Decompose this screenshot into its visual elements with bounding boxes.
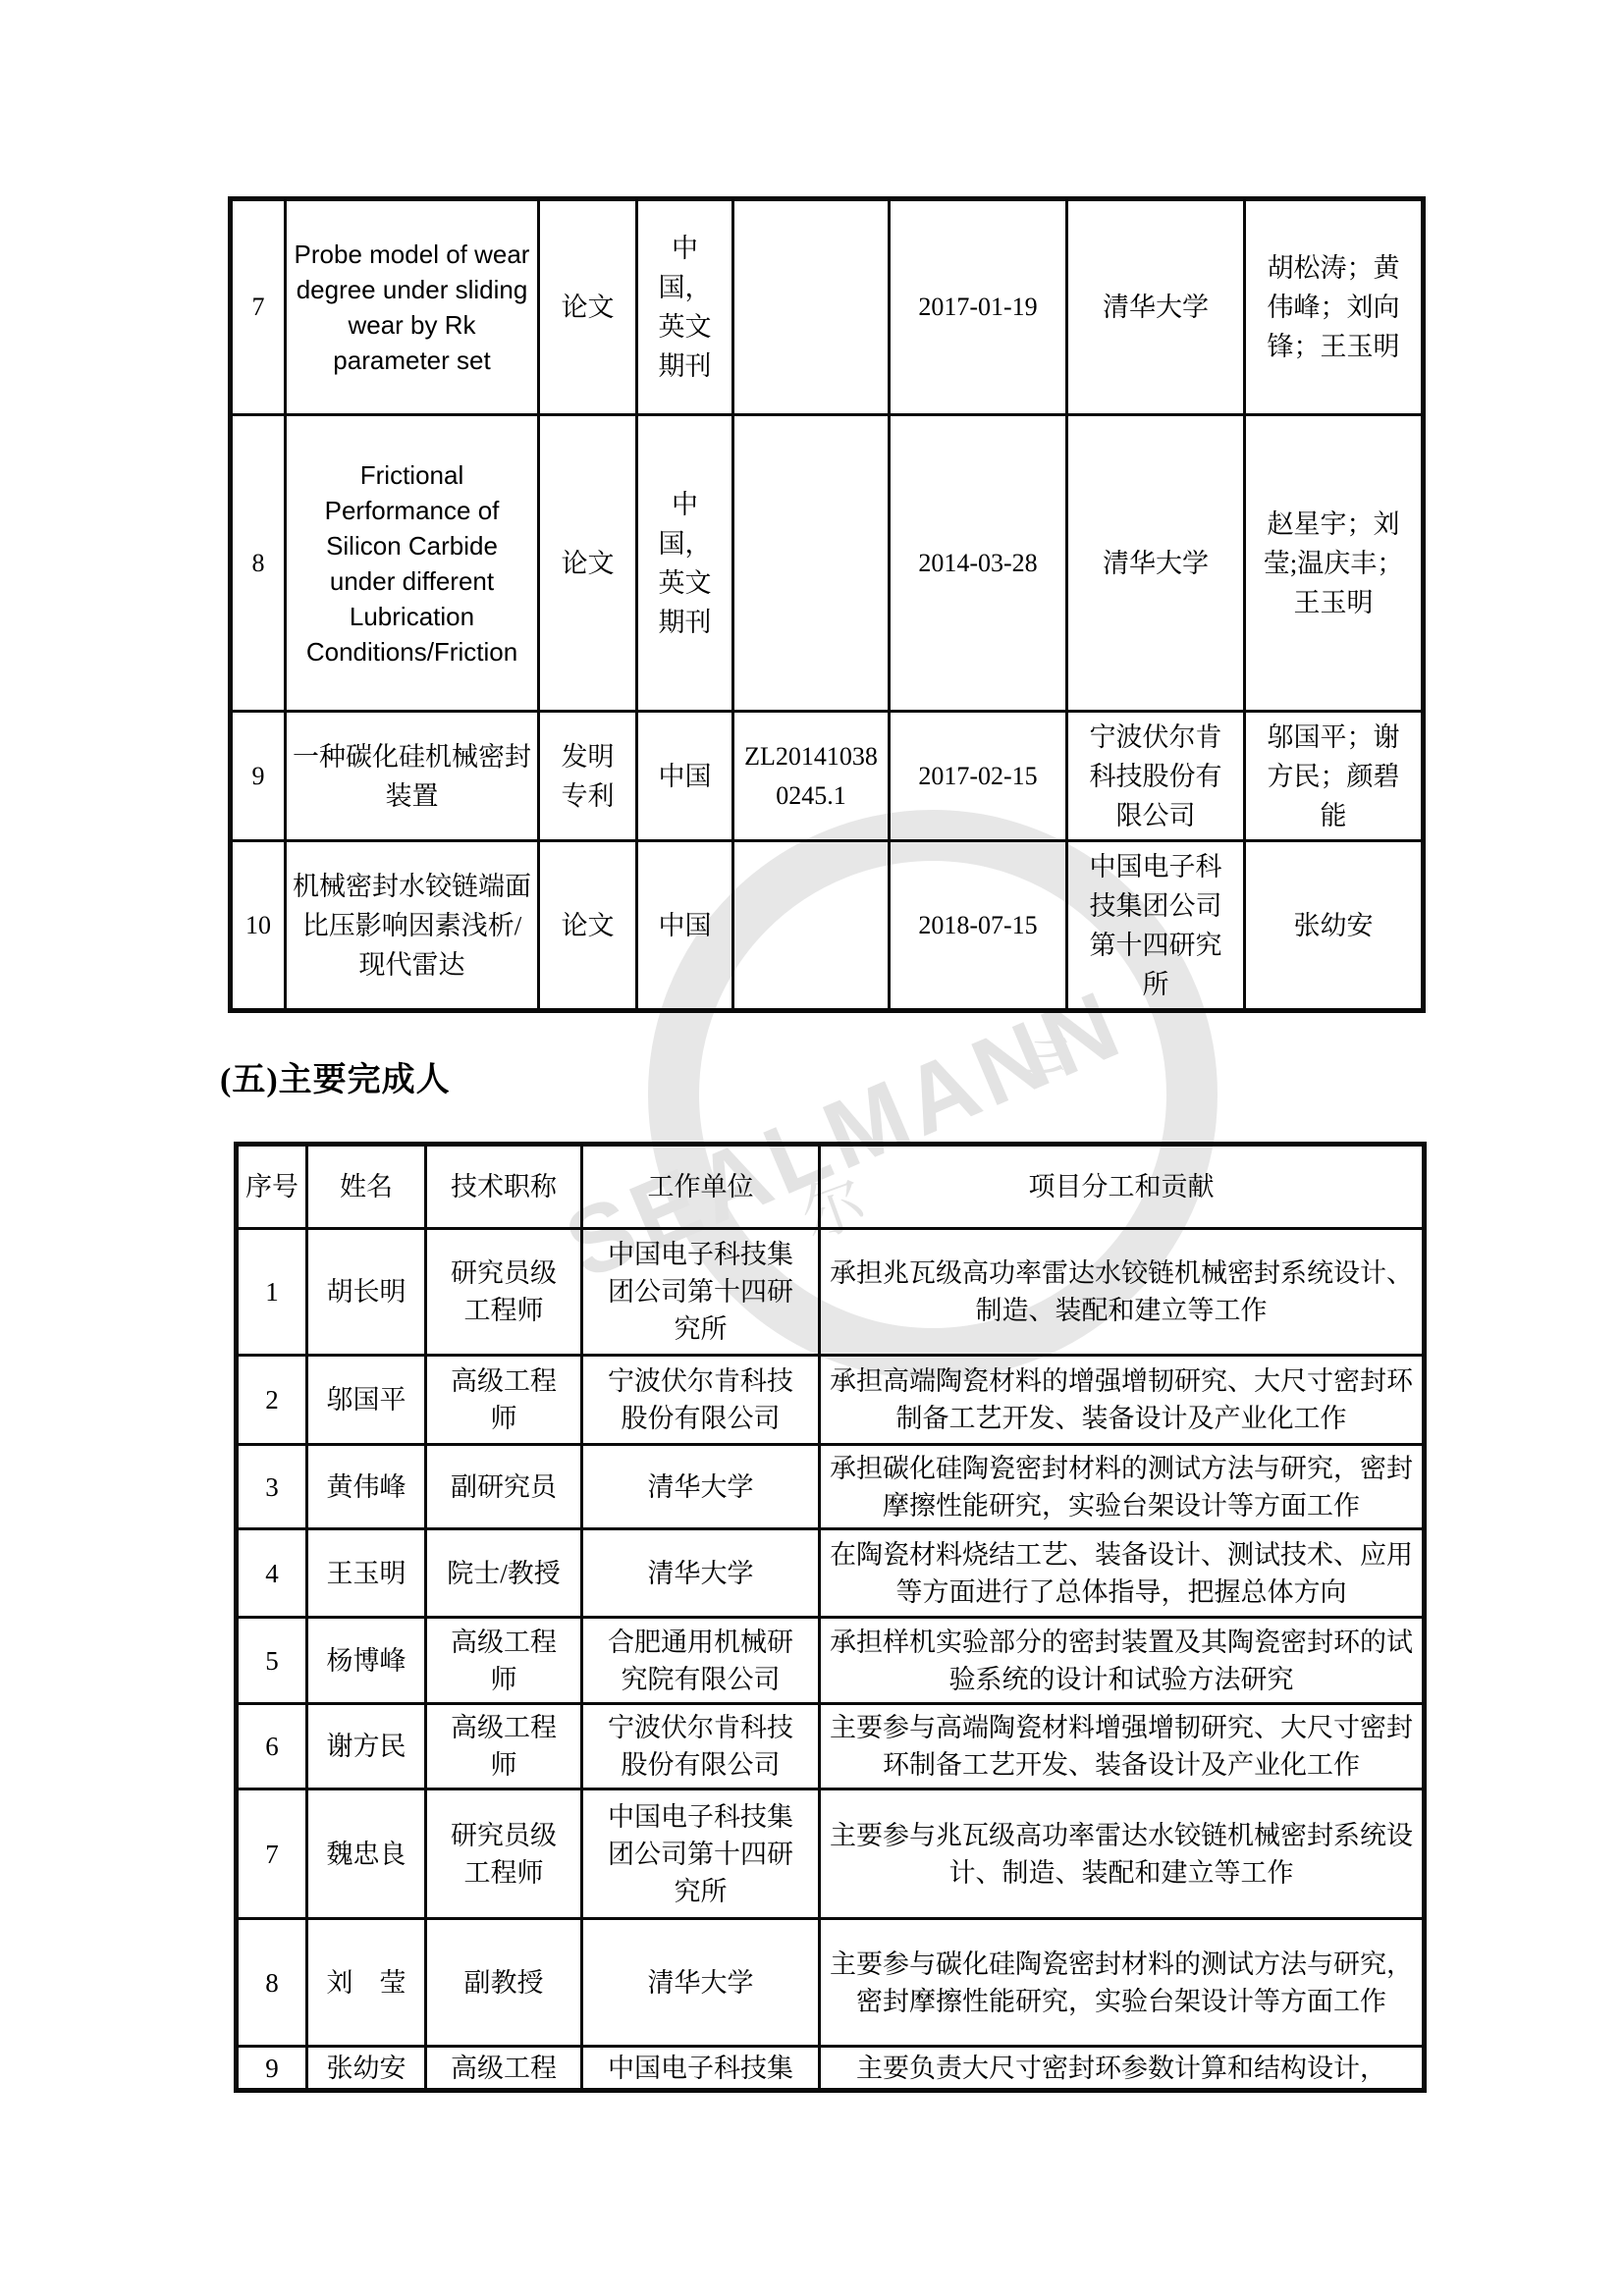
cell-region: 中国，英文期刊 xyxy=(637,199,733,415)
cell-organization: 中国电子科技集团公司第十四研究所 xyxy=(1067,841,1245,1011)
cell-authors: 张幼安 xyxy=(1245,841,1424,1011)
cell-name: 魏忠良 xyxy=(307,1789,426,1919)
cell-contribution: 主要参与碳化硅陶瓷密封材料的测试方法与研究，密封摩擦性能研究，实验台架设计等方面… xyxy=(820,1919,1425,2047)
cell-organization: 宁波伏尔肯科技股份有限公司 xyxy=(582,1704,820,1789)
cell-serial: 9 xyxy=(231,712,286,841)
cell-title: Probe model of wear degree under sliding… xyxy=(286,199,539,415)
cell-organization: 中国电子科技集团公司第十四研究所 xyxy=(582,1229,820,1356)
cell-serial: 9 xyxy=(237,2047,307,2091)
cell-title: 高级工程 xyxy=(426,2047,582,2091)
cell-title: 高级工程师 xyxy=(426,1704,582,1789)
cell-serial: 10 xyxy=(231,841,286,1011)
cell-patent-number xyxy=(733,841,890,1011)
cell-serial: 2 xyxy=(237,1356,307,1445)
cell-type: 论文 xyxy=(539,841,637,1011)
cell-organization: 中国电子科技集 xyxy=(582,2047,820,2091)
cell-name: 黄伟峰 xyxy=(307,1445,426,1529)
cell-authors: 胡松涛；黄伟峰；刘向锋；王玉明 xyxy=(1245,199,1424,415)
cell-title: 研究员级工程师 xyxy=(426,1789,582,1919)
cell-name: 邬国平 xyxy=(307,1356,426,1445)
cell-patent-number xyxy=(733,199,890,415)
cell-name: 谢方民 xyxy=(307,1704,426,1789)
cell-type: 发明专利 xyxy=(539,712,637,841)
table-row: 2 邬国平 高级工程师 宁波伏尔肯科技股份有限公司 承担高端陶瓷材料的增强增韧研… xyxy=(237,1356,1425,1445)
table-row: 4 王玉明 院士/教授 清华大学 在陶瓷材料烧结工艺、装备设计、测试技术、应用等… xyxy=(237,1529,1425,1618)
header-title: 技术职称 xyxy=(426,1145,582,1229)
cell-date: 2014-03-28 xyxy=(890,415,1067,712)
header-organization: 工作单位 xyxy=(582,1145,820,1229)
cell-serial: 4 xyxy=(237,1529,307,1618)
cell-organization: 宁波伏尔肯科技股份有限公司 xyxy=(582,1356,820,1445)
cell-serial: 1 xyxy=(237,1229,307,1356)
table-row: 9 张幼安 高级工程 中国电子科技集 主要负责大尺寸密封环参数计算和结构设计， xyxy=(237,2047,1425,2091)
cell-contribution: 承担碳化硅陶瓷密封材料的测试方法与研究，密封摩擦性能研究，实验台架设计等方面工作 xyxy=(820,1445,1425,1529)
cell-serial: 8 xyxy=(237,1919,307,2047)
table-row: 1 胡长明 研究员级工程师 中国电子科技集团公司第十四研究所 承担兆瓦级高功率雷… xyxy=(237,1229,1425,1356)
cell-organization: 宁波伏尔肯科技股份有限公司 xyxy=(1067,712,1245,841)
table-row: 7 魏忠良 研究员级工程师 中国电子科技集团公司第十四研究所 主要参与兆瓦级高功… xyxy=(237,1789,1425,1919)
cell-serial: 8 xyxy=(231,415,286,712)
cell-type: 论文 xyxy=(539,415,637,712)
table-row: 6 谢方民 高级工程师 宁波伏尔肯科技股份有限公司 主要参与高端陶瓷材料增强增韧… xyxy=(237,1704,1425,1789)
cell-authors: 赵星宇；刘莹;温庆丰；王玉明 xyxy=(1245,415,1424,712)
cell-patent-number: ZL201410380245.1 xyxy=(733,712,890,841)
table-header-row: 序号 姓名 技术职称 工作单位 项目分工和贡献 xyxy=(237,1145,1425,1229)
contributors-table: 序号 姓名 技术职称 工作单位 项目分工和贡献 1 胡长明 研究员级工程师 中国… xyxy=(234,1142,1427,2093)
cell-name: 王玉明 xyxy=(307,1529,426,1618)
cell-serial: 7 xyxy=(231,199,286,415)
cell-title: 一种碳化硅机械密封装置 xyxy=(286,712,539,841)
cell-organization: 中国电子科技集团公司第十四研究所 xyxy=(582,1789,820,1919)
cell-type: 论文 xyxy=(539,199,637,415)
cell-title: 副研究员 xyxy=(426,1445,582,1529)
cell-contribution: 主要参与兆瓦级高功率雷达水铰链机械密封系统设计、制造、装配和建立等工作 xyxy=(820,1789,1425,1919)
header-contribution: 项目分工和贡献 xyxy=(820,1145,1425,1229)
header-serial: 序号 xyxy=(237,1145,307,1229)
cell-contribution: 承担样机实验部分的密封装置及其陶瓷密封环的试验系统的设计和试验方法研究 xyxy=(820,1618,1425,1704)
cell-name: 刘 莹 xyxy=(307,1919,426,2047)
cell-region: 中国 xyxy=(637,712,733,841)
cell-name: 张幼安 xyxy=(307,2047,426,2091)
cell-organization: 清华大学 xyxy=(1067,415,1245,712)
cell-organization: 清华大学 xyxy=(582,1529,820,1618)
cell-name: 胡长明 xyxy=(307,1229,426,1356)
cell-title: 高级工程师 xyxy=(426,1356,582,1445)
cell-title: 副教授 xyxy=(426,1919,582,2047)
cell-title: 高级工程师 xyxy=(426,1618,582,1704)
table-row: 3 黄伟峰 副研究员 清华大学 承担碳化硅陶瓷密封材料的测试方法与研究，密封摩擦… xyxy=(237,1445,1425,1529)
cell-title: Frictional Performance of Silicon Carbid… xyxy=(286,415,539,712)
cell-serial: 6 xyxy=(237,1704,307,1789)
section-heading: (五)主要完成人 xyxy=(220,1052,451,1100)
cell-organization: 清华大学 xyxy=(1067,199,1245,415)
cell-contribution: 在陶瓷材料烧结工艺、装备设计、测试技术、应用等方面进行了总体指导，把握总体方向 xyxy=(820,1529,1425,1618)
cell-date: 2017-01-19 xyxy=(890,199,1067,415)
cell-organization: 合肥通用机械研究院有限公司 xyxy=(582,1618,820,1704)
cell-serial: 5 xyxy=(237,1618,307,1704)
cell-organization: 清华大学 xyxy=(582,1445,820,1529)
cell-contribution: 主要参与高端陶瓷材料增强增韧研究、大尺寸密封环制备工艺开发、装备设计及产业化工作 xyxy=(820,1704,1425,1789)
publications-table: 7 Probe model of wear degree under slidi… xyxy=(228,196,1426,1013)
cell-title: 院士/教授 xyxy=(426,1529,582,1618)
table-row: 8 Frictional Performance of Silicon Carb… xyxy=(231,415,1424,712)
table-row: 9 一种碳化硅机械密封装置 发明专利 中国 ZL201410380245.1 2… xyxy=(231,712,1424,841)
table-row: 10 机械密封水铰链端面比压影响因素浅析/现代雷达 论文 中国 2018-07-… xyxy=(231,841,1424,1011)
table-row: 5 杨博峰 高级工程师 合肥通用机械研究院有限公司 承担样机实验部分的密封装置及… xyxy=(237,1618,1425,1704)
cell-contribution: 承担兆瓦级高功率雷达水铰链机械密封系统设计、制造、装配和建立等工作 xyxy=(820,1229,1425,1356)
cell-patent-number xyxy=(733,415,890,712)
cell-date: 2017-02-15 xyxy=(890,712,1067,841)
cell-region: 中国 xyxy=(637,841,733,1011)
cell-title: 机械密封水铰链端面比压影响因素浅析/现代雷达 xyxy=(286,841,539,1011)
header-name: 姓名 xyxy=(307,1145,426,1229)
cell-serial: 3 xyxy=(237,1445,307,1529)
cell-region: 中国，英文期刊 xyxy=(637,415,733,712)
cell-date: 2018-07-15 xyxy=(890,841,1067,1011)
cell-contribution: 承担高端陶瓷材料的增强增韧研究、大尺寸密封环制备工艺开发、装备设计及产业化工作 xyxy=(820,1356,1425,1445)
cell-authors: 邬国平；谢方民；颜碧能 xyxy=(1245,712,1424,841)
cell-title: 研究员级工程师 xyxy=(426,1229,582,1356)
table-row: 8 刘 莹 副教授 清华大学 主要参与碳化硅陶瓷密封材料的测试方法与研究，密封摩… xyxy=(237,1919,1425,2047)
cell-organization: 清华大学 xyxy=(582,1919,820,2047)
cell-serial: 7 xyxy=(237,1789,307,1919)
cell-contribution: 主要负责大尺寸密封环参数计算和结构设计， xyxy=(820,2047,1425,2091)
cell-name: 杨博峰 xyxy=(307,1618,426,1704)
table-row: 7 Probe model of wear degree under slidi… xyxy=(231,199,1424,415)
